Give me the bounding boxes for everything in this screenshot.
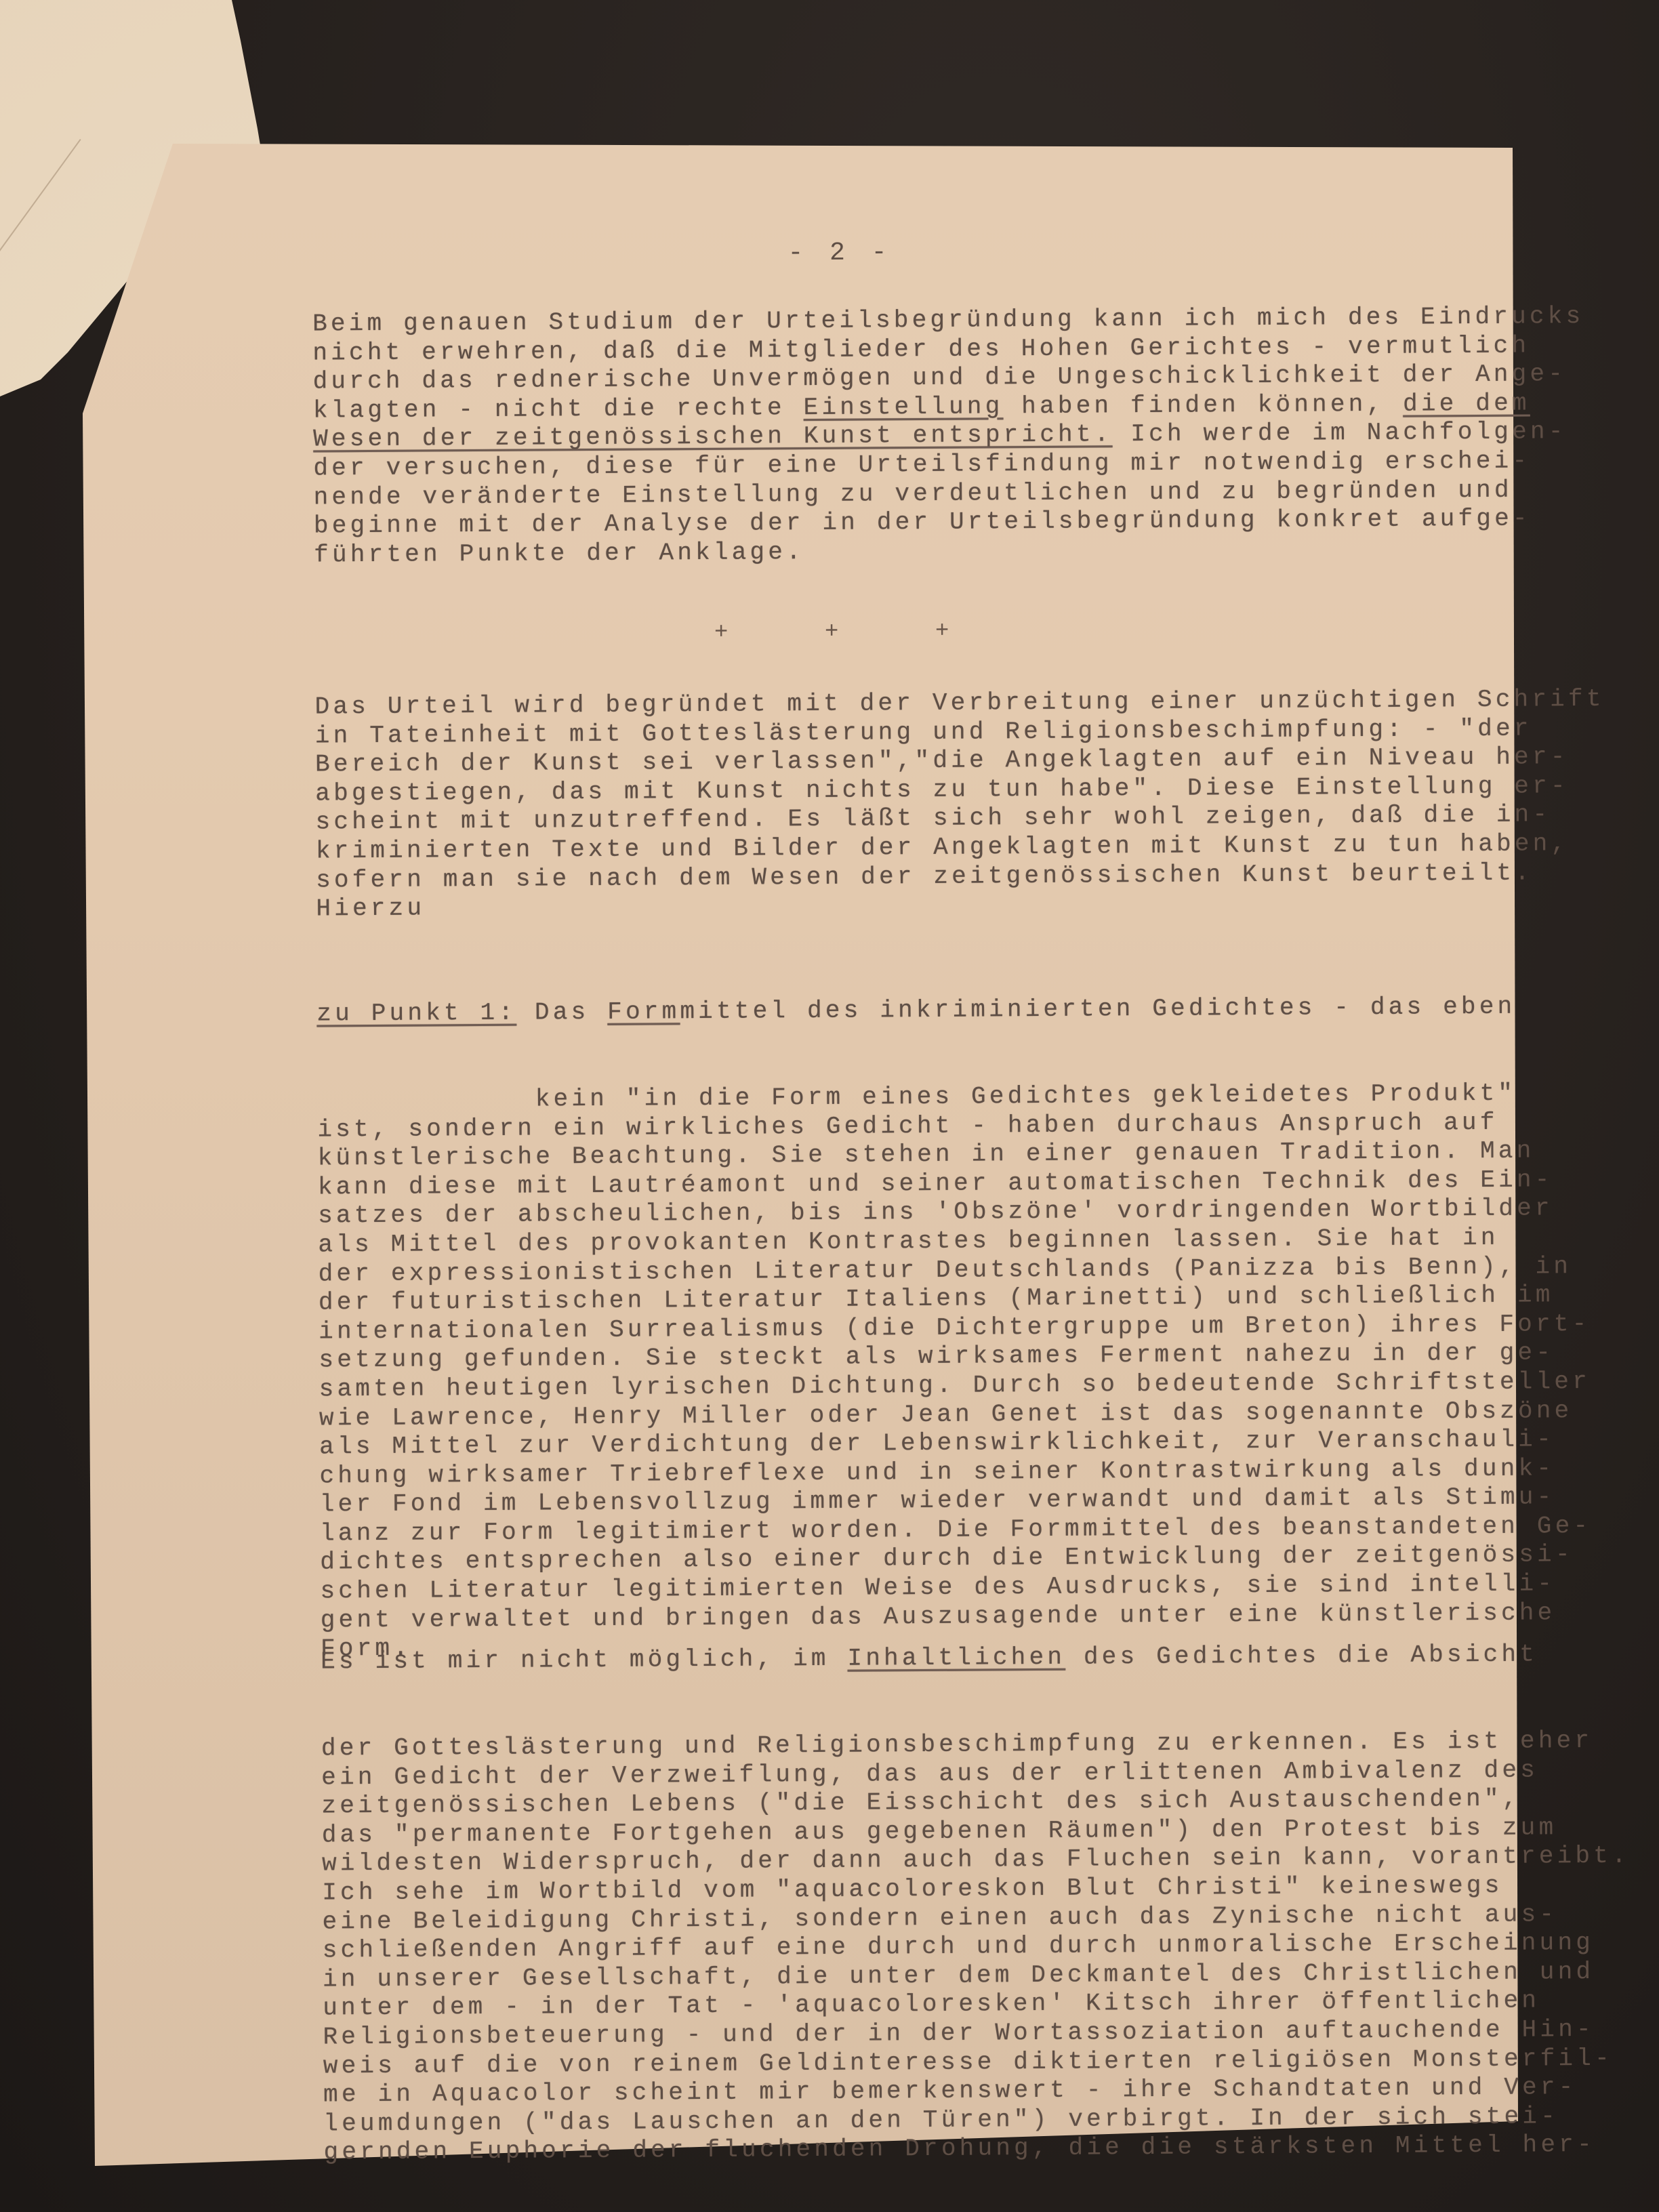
- paragraph-content: Es ist mir nicht möglich, im Inhaltliche…: [321, 1582, 1632, 2168]
- paragraph-judgment: Das Urteil wird begründet mit der Verbre…: [314, 685, 1605, 924]
- punkt-1-first-line: zu Punkt 1: Das Formmittel des inkrimini…: [316, 992, 1588, 1029]
- content-first-line: Es ist mir nicht möglich, im Inhaltliche…: [321, 1640, 1629, 1677]
- page-number: - 2 -: [787, 238, 892, 268]
- text-fragment: mittel des inkriminierten Gedichtes - da…: [680, 993, 1515, 1026]
- text-fragment: des Gedichtes die Absicht: [1065, 1641, 1538, 1671]
- text-fragment: Es ist mir nicht möglich, im: [321, 1645, 848, 1676]
- punkt-label: zu Punkt 1:: [316, 999, 516, 1028]
- paragraph-intro: Beim genauen Studium der Urteilsbegründu…: [312, 302, 1586, 570]
- underlined-word: Form: [607, 998, 680, 1026]
- typed-document: - 2 - Beim genauen Studium der Urteilsbe…: [0, 0, 1659, 2212]
- separator-cross: +: [825, 619, 839, 645]
- paragraph-punkt-1: zu Punkt 1: Das Formmittel des inkrimini…: [316, 935, 1593, 1664]
- separator-cross: +: [935, 619, 949, 644]
- underlined-word: Inhaltlichen: [847, 1643, 1065, 1673]
- text-fragment: Das: [516, 998, 607, 1027]
- separator-cross: +: [714, 620, 729, 646]
